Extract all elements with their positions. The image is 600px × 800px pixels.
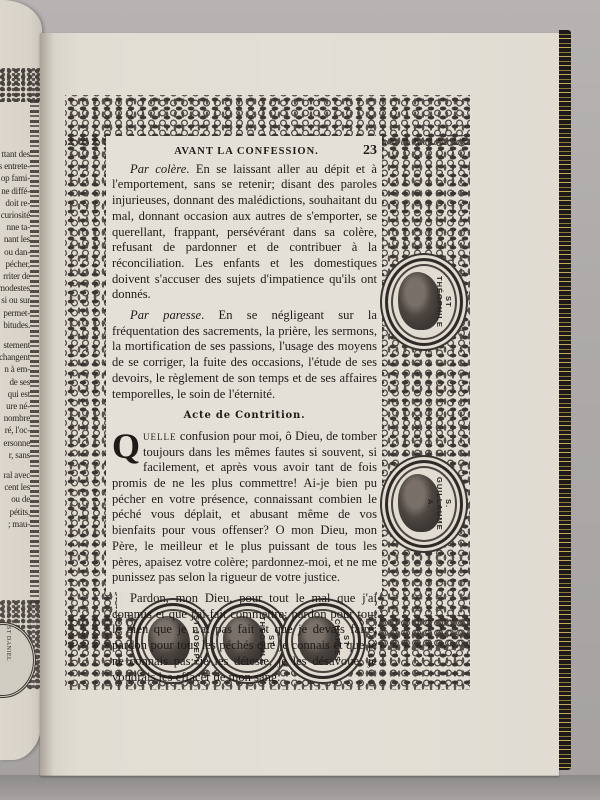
left-line: stement: [0, 339, 30, 351]
left-line: n à em-: [0, 363, 30, 375]
left-line: ré, l'oc-: [0, 424, 30, 436]
left-line: nombre: [0, 412, 30, 424]
left-line: de ses: [0, 376, 30, 388]
paragraph-colere: Par colère. En se laissant aller au dépi…: [112, 162, 377, 303]
paragraph-body: . En se laissant aller au dépit et à l'e…: [112, 162, 377, 302]
left-line: ou dan-: [0, 246, 30, 258]
left-line: r, sans: [0, 449, 30, 461]
left-line: rriter de: [0, 270, 30, 282]
section-heading: Acte de Contrition.: [112, 408, 377, 424]
left-line: ; mau-: [0, 518, 30, 530]
paragraph-pardon: Pardon, mon Dieu, pour tout le mal que j…: [112, 591, 377, 685]
left-line: ttant des: [0, 148, 30, 160]
paragraph-lead: Par colère: [130, 162, 186, 176]
page-text: AVANT LA CONFESSION. 23 Par colère. En s…: [112, 143, 377, 685]
left-line-gap: [0, 331, 30, 339]
running-head: AVANT LA CONFESSION. 23: [112, 143, 377, 160]
left-line: pétits,: [0, 506, 30, 518]
paragraph-lead: Par paresse: [130, 308, 201, 322]
paragraph-contrition: Quelle confusion pour moi, ô Dieu, de to…: [112, 429, 377, 586]
left-line: bitudes.: [0, 319, 30, 331]
left-line: qui est: [0, 388, 30, 400]
left-line: cent les: [0, 481, 30, 493]
left-line: si ou sur: [0, 294, 30, 306]
left-medallion-label: ST DANIEL: [5, 626, 11, 661]
running-head-title: AVANT LA CONFESSION.: [112, 144, 363, 160]
paragraph-body: Pardon, mon Dieu, pour tout le mal que j…: [112, 591, 377, 684]
medallion-st-guillaume: S. GUILLAUME A.: [385, 460, 463, 548]
left-page-text: ttant des s entrete- op fami- ne diffé- …: [0, 148, 30, 530]
left-line: ou de: [0, 493, 30, 505]
small-caps-lead: uelle: [143, 429, 177, 443]
left-line: pécher,: [0, 258, 30, 270]
left-page: ttant des s entrete- op fami- ne diffé- …: [0, 0, 42, 760]
medallion-label: S. GUILLAUME A.: [426, 473, 453, 535]
left-line: changent: [0, 351, 30, 363]
left-line: nant les: [0, 233, 30, 245]
medallion-st-theophile: ST THÉOPHILE: [385, 258, 463, 346]
left-line: ne diffé-: [0, 185, 30, 197]
drop-cap: Q: [112, 431, 140, 461]
left-line-gap: [0, 461, 30, 469]
paragraph-paresse: Par paresse. En se négligeant sur la fré…: [112, 308, 377, 402]
left-line: op fami-: [0, 172, 30, 184]
left-line: ral avec: [0, 469, 30, 481]
left-ornament-top: [0, 68, 40, 102]
left-line: s entrete-: [0, 160, 30, 172]
medallion-label: ST THÉOPHILE: [435, 271, 453, 333]
ornament-right-border: [375, 135, 470, 650]
page-number: 23: [363, 143, 377, 159]
left-line: permet-: [0, 307, 30, 319]
left-line: nne ta-: [0, 221, 30, 233]
left-line: modestes: [0, 282, 30, 294]
left-line: curiosité: [0, 209, 30, 221]
paragraph-body: confusion pour moi, ô Dieu, de tomber to…: [112, 429, 377, 584]
spine-shadow: [40, 33, 54, 776]
left-line: ersonne: [0, 437, 30, 449]
left-line: ure né-: [0, 400, 30, 412]
left-page-ornamental-border: [30, 100, 39, 610]
table-shadow: [0, 775, 600, 800]
left-line: doit re-: [0, 197, 30, 209]
gilt-page-edge: [559, 30, 571, 770]
